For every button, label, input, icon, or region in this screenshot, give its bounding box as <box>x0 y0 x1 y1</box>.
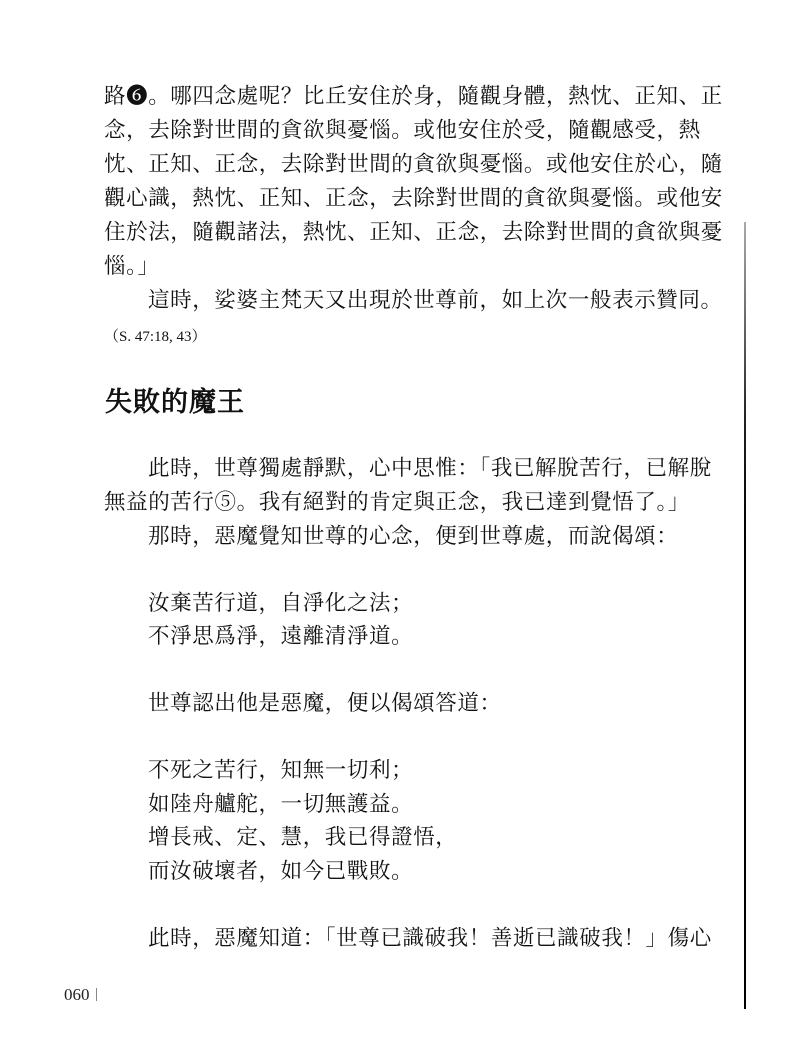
page-number-divider <box>96 988 97 1001</box>
body-line: 住於法，隨觀諸法，熱忱、正知、正念，去除對世間的貪欲與憂 <box>104 219 723 247</box>
verse-line: 不死之苦行，知無一切利； <box>148 757 413 785</box>
paragraph-line: 此時，世尊獨處靜默，心中思惟：「我已解脫苦行，已解脫 <box>148 455 712 483</box>
body-line: 惱。」 <box>104 253 160 281</box>
verse-line: 如陸舟艫舵，一切無護益。 <box>148 791 413 819</box>
page-edge-rule <box>744 222 746 1009</box>
body-line: 觀心識，熱忱、正知、正念，去除對世間的貪欲與憂惱。或他安 <box>104 185 723 213</box>
body-line: 路❻。哪四念處呢？比丘安住於身，隨觀身體，熱忱、正知、正 <box>104 83 723 111</box>
verse-line: 而汝破壞者，如今已戰敗。 <box>148 858 413 886</box>
section-heading: 失敗的魔王 <box>105 387 245 419</box>
body-line: 忱、正知、正念，去除對世間的貪欲與憂惱。或他安住於心，隨 <box>104 151 723 179</box>
page-number: 060 <box>64 985 97 1005</box>
sutta-reference: （S. 47:18, 43） <box>104 327 207 347</box>
body-line: 念，去除對世間的貪欲與憂惱。或他安住於受，隨觀感受，熱 <box>104 117 701 145</box>
paragraph-line: 無益的苦行⑤。我有絕對的肯定與正念，我已達到覺悟了。」 <box>104 489 690 517</box>
paragraph-reply: 世尊認出他是惡魔，便以偈頌答道： <box>148 690 502 718</box>
verse-line: 汝棄苦行道，自淨化之法； <box>148 590 413 618</box>
paragraph-brahma: 這時，娑婆主梵天又出現於世尊前，如上次一般表示贊同。 <box>148 287 723 315</box>
page-number-text: 060 <box>64 985 90 1004</box>
verse-line: 增長戒、定、慧，我已得證悟， <box>148 824 457 852</box>
verse-line: 不淨思爲淨，遠離清淨道。 <box>148 623 413 651</box>
paragraph-mara: 那時，惡魔覺知世尊的心念，便到世尊處，而說偈頌： <box>148 523 678 551</box>
paragraph-final: 此時，惡魔知道：「世尊已識破我！善逝已識破我！」傷心 <box>148 925 712 953</box>
